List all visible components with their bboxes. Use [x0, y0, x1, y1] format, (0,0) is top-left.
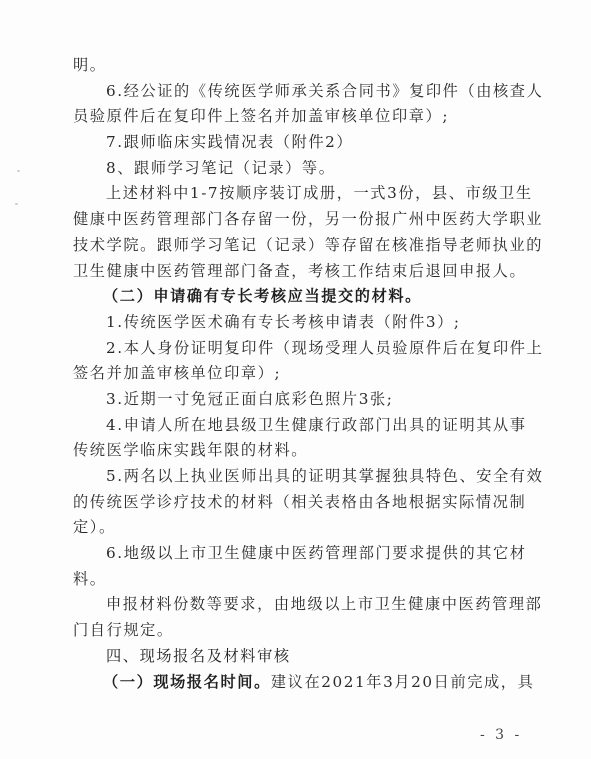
list-item-2-cont: 签名并加盖审核单位印章）;	[73, 361, 515, 387]
page-number: - 3 -	[480, 727, 522, 743]
list-item-4-cont: 传统医学临床实践年限的材料。	[73, 438, 515, 464]
document-body: 明。 6.经公证的《传统医学师承关系合同书》复印件（由核查人 员验原件后在复印件…	[73, 53, 515, 695]
list-item-5-cont: 的传统医学诊疗技术的材料（相关表格由各地根据实际情况制	[73, 490, 515, 516]
list-item-8: 8、跟师学习笔记（记录）等。	[73, 156, 515, 182]
document-page: 明。 6.经公证的《传统医学师承关系合同书》复印件（由核查人 员验原件后在复印件…	[0, 0, 591, 759]
scan-artifact	[17, 170, 20, 172]
list-item-4: 4.申请人所在地县级卫生健康行政部门出具的证明其从事	[73, 413, 515, 439]
subsection-text: 建议在2021年3月20日前完成，具	[271, 673, 535, 691]
list-item-6b: 6.地级以上市卫生健康中医药管理部门要求提供的其它材	[73, 541, 515, 567]
list-item-5: 5.两名以上执业医师出具的证明其掌握独具特色、安全有效	[73, 464, 515, 490]
list-item-6b-cont: 料。	[73, 567, 515, 593]
list-item-7: 7.跟师临床实践情况表（附件2）	[73, 130, 515, 156]
paragraph-line: 技术学院。跟师学习笔记（记录）等存留在核准指导老师执业的	[73, 233, 515, 259]
section-heading-4: 四、现场报名及材料审核	[73, 644, 515, 670]
list-item-6: 6.经公证的《传统医学师承关系合同书》复印件（由核查人	[73, 79, 515, 105]
section-heading-2: （二）申请确有专长考核应当提交的材料。	[73, 284, 515, 310]
paragraph-line: 健康中医药管理部门各存留一份，另一份报广州中医药大学职业	[73, 207, 515, 233]
paragraph-line: 卫生健康中医药管理部门备查，考核工作结束后退回申报人。	[73, 259, 515, 285]
subsection-heading: （一）现场报名时间。	[103, 673, 271, 691]
list-item-6-cont: 员验原件后在复印件上签名并加盖审核单位印章）;	[73, 104, 515, 130]
paragraph-line: 门自行规定。	[73, 618, 515, 644]
scan-artifact	[15, 203, 18, 205]
paragraph-line: 明。	[73, 53, 515, 79]
list-item-3: 3.近期一寸免冠正面白底彩色照片3张;	[73, 387, 515, 413]
list-item-5-cont: 定）。	[73, 515, 515, 541]
paragraph-line: 申报材料份数等要求，由地级以上市卫生健康中医药管理部	[73, 592, 515, 618]
subsection-line: （一）现场报名时间。建议在2021年3月20日前完成，具	[73, 670, 515, 696]
paragraph-line: 上述材料中1-7按顺序装订成册，一式3份，县、市级卫生	[73, 181, 515, 207]
list-item-1: 1.传统医学医术确有专长考核申请表（附件3）;	[73, 310, 515, 336]
list-item-2: 2.本人身份证明复印件（现场受理人员验原件后在复印件上	[73, 336, 515, 362]
